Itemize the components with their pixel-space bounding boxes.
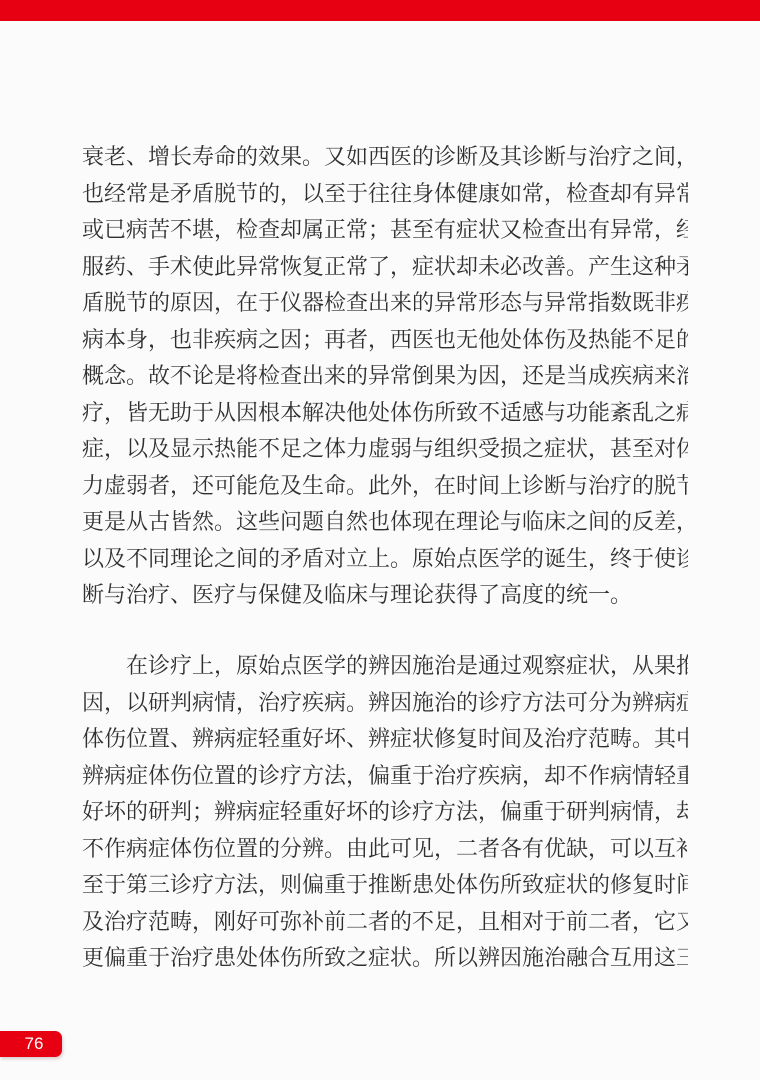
text-line: 更偏重于治疗患处体伤所致之症状。所以辨因施治融合互用这三 (82, 940, 688, 977)
text-line: 辨病症体伤位置的诊疗方法，偏重于治疗疾病，却不作病情轻重 (82, 758, 688, 795)
text-line: 因，以研判病情，治疗疾病。辨因施治的诊疗方法可分为辨病症 (82, 685, 688, 722)
text-line: 以及不同理论之间的矛盾对立上。原始点医学的诞生，终于使诊 (82, 541, 688, 578)
text-line: 也经常是矛盾脱节的，以至于往往身体健康如常，检查却有异常； (82, 176, 688, 213)
page-number-badge: 76 (0, 1031, 62, 1057)
text-line: 疗，皆无助于从因根本解决他处体伤所致不适感与功能紊乱之病 (82, 395, 688, 432)
text-line: 在诊疗上，原始点医学的辨因施治是通过观察症状，从果推 (82, 648, 688, 685)
paragraph-2: 在诊疗上，原始点医学的辨因施治是通过观察症状，从果推 因，以研判病情，治疗疾病。… (82, 648, 688, 977)
text-line: 或已病苦不堪，检查却属正常；甚至有症状又检查出有异常，经 (82, 212, 688, 249)
text-line: 至于第三诊疗方法，则偏重于推断患处体伤所致症状的修复时间 (82, 867, 688, 904)
text-line: 病本身，也非疾病之因；再者，西医也无他处体伤及热能不足的 (82, 322, 688, 359)
text-line: 好坏的研判；辨病症轻重好坏的诊疗方法，偏重于研判病情，却 (82, 794, 688, 831)
text-line: 概念。故不论是将检查出来的异常倒果为因，还是当成疾病来治 (82, 358, 688, 395)
header-bar (0, 0, 760, 21)
text-line: 不作病症体伤位置的分辨。由此可见，二者各有优缺，可以互补。 (82, 831, 688, 868)
text-line: 断与治疗、医疗与保健及临床与理论获得了高度的统一。 (82, 577, 688, 614)
text-line: 体伤位置、辨病症轻重好坏、辨症状修复时间及治疗范畴。其中 (82, 721, 688, 758)
text-line: 及治疗范畴，刚好可弥补前二者的不足，且相对于前二者，它又 (82, 904, 688, 941)
text-line: 盾脱节的原因，在于仪器检查出来的异常形态与异常指数既非疾 (82, 285, 688, 322)
paragraph-1: 衰老、增长寿命的效果。又如西医的诊断及其诊断与治疗之间， 也经常是矛盾脱节的，以… (82, 139, 688, 614)
text-line: 衰老、增长寿命的效果。又如西医的诊断及其诊断与治疗之间， (82, 139, 688, 176)
text-line: 服药、手术使此异常恢复正常了，症状却未必改善。产生这种矛 (82, 249, 688, 286)
text-line: 力虚弱者，还可能危及生命。此外，在时间上诊断与治疗的脱节， (82, 468, 688, 505)
text-line: 症，以及显示热能不足之体力虚弱与组织受损之症状，甚至对体 (82, 431, 688, 468)
text-line: 更是从古皆然。这些问题自然也体现在理论与临床之间的反差， (82, 504, 688, 541)
